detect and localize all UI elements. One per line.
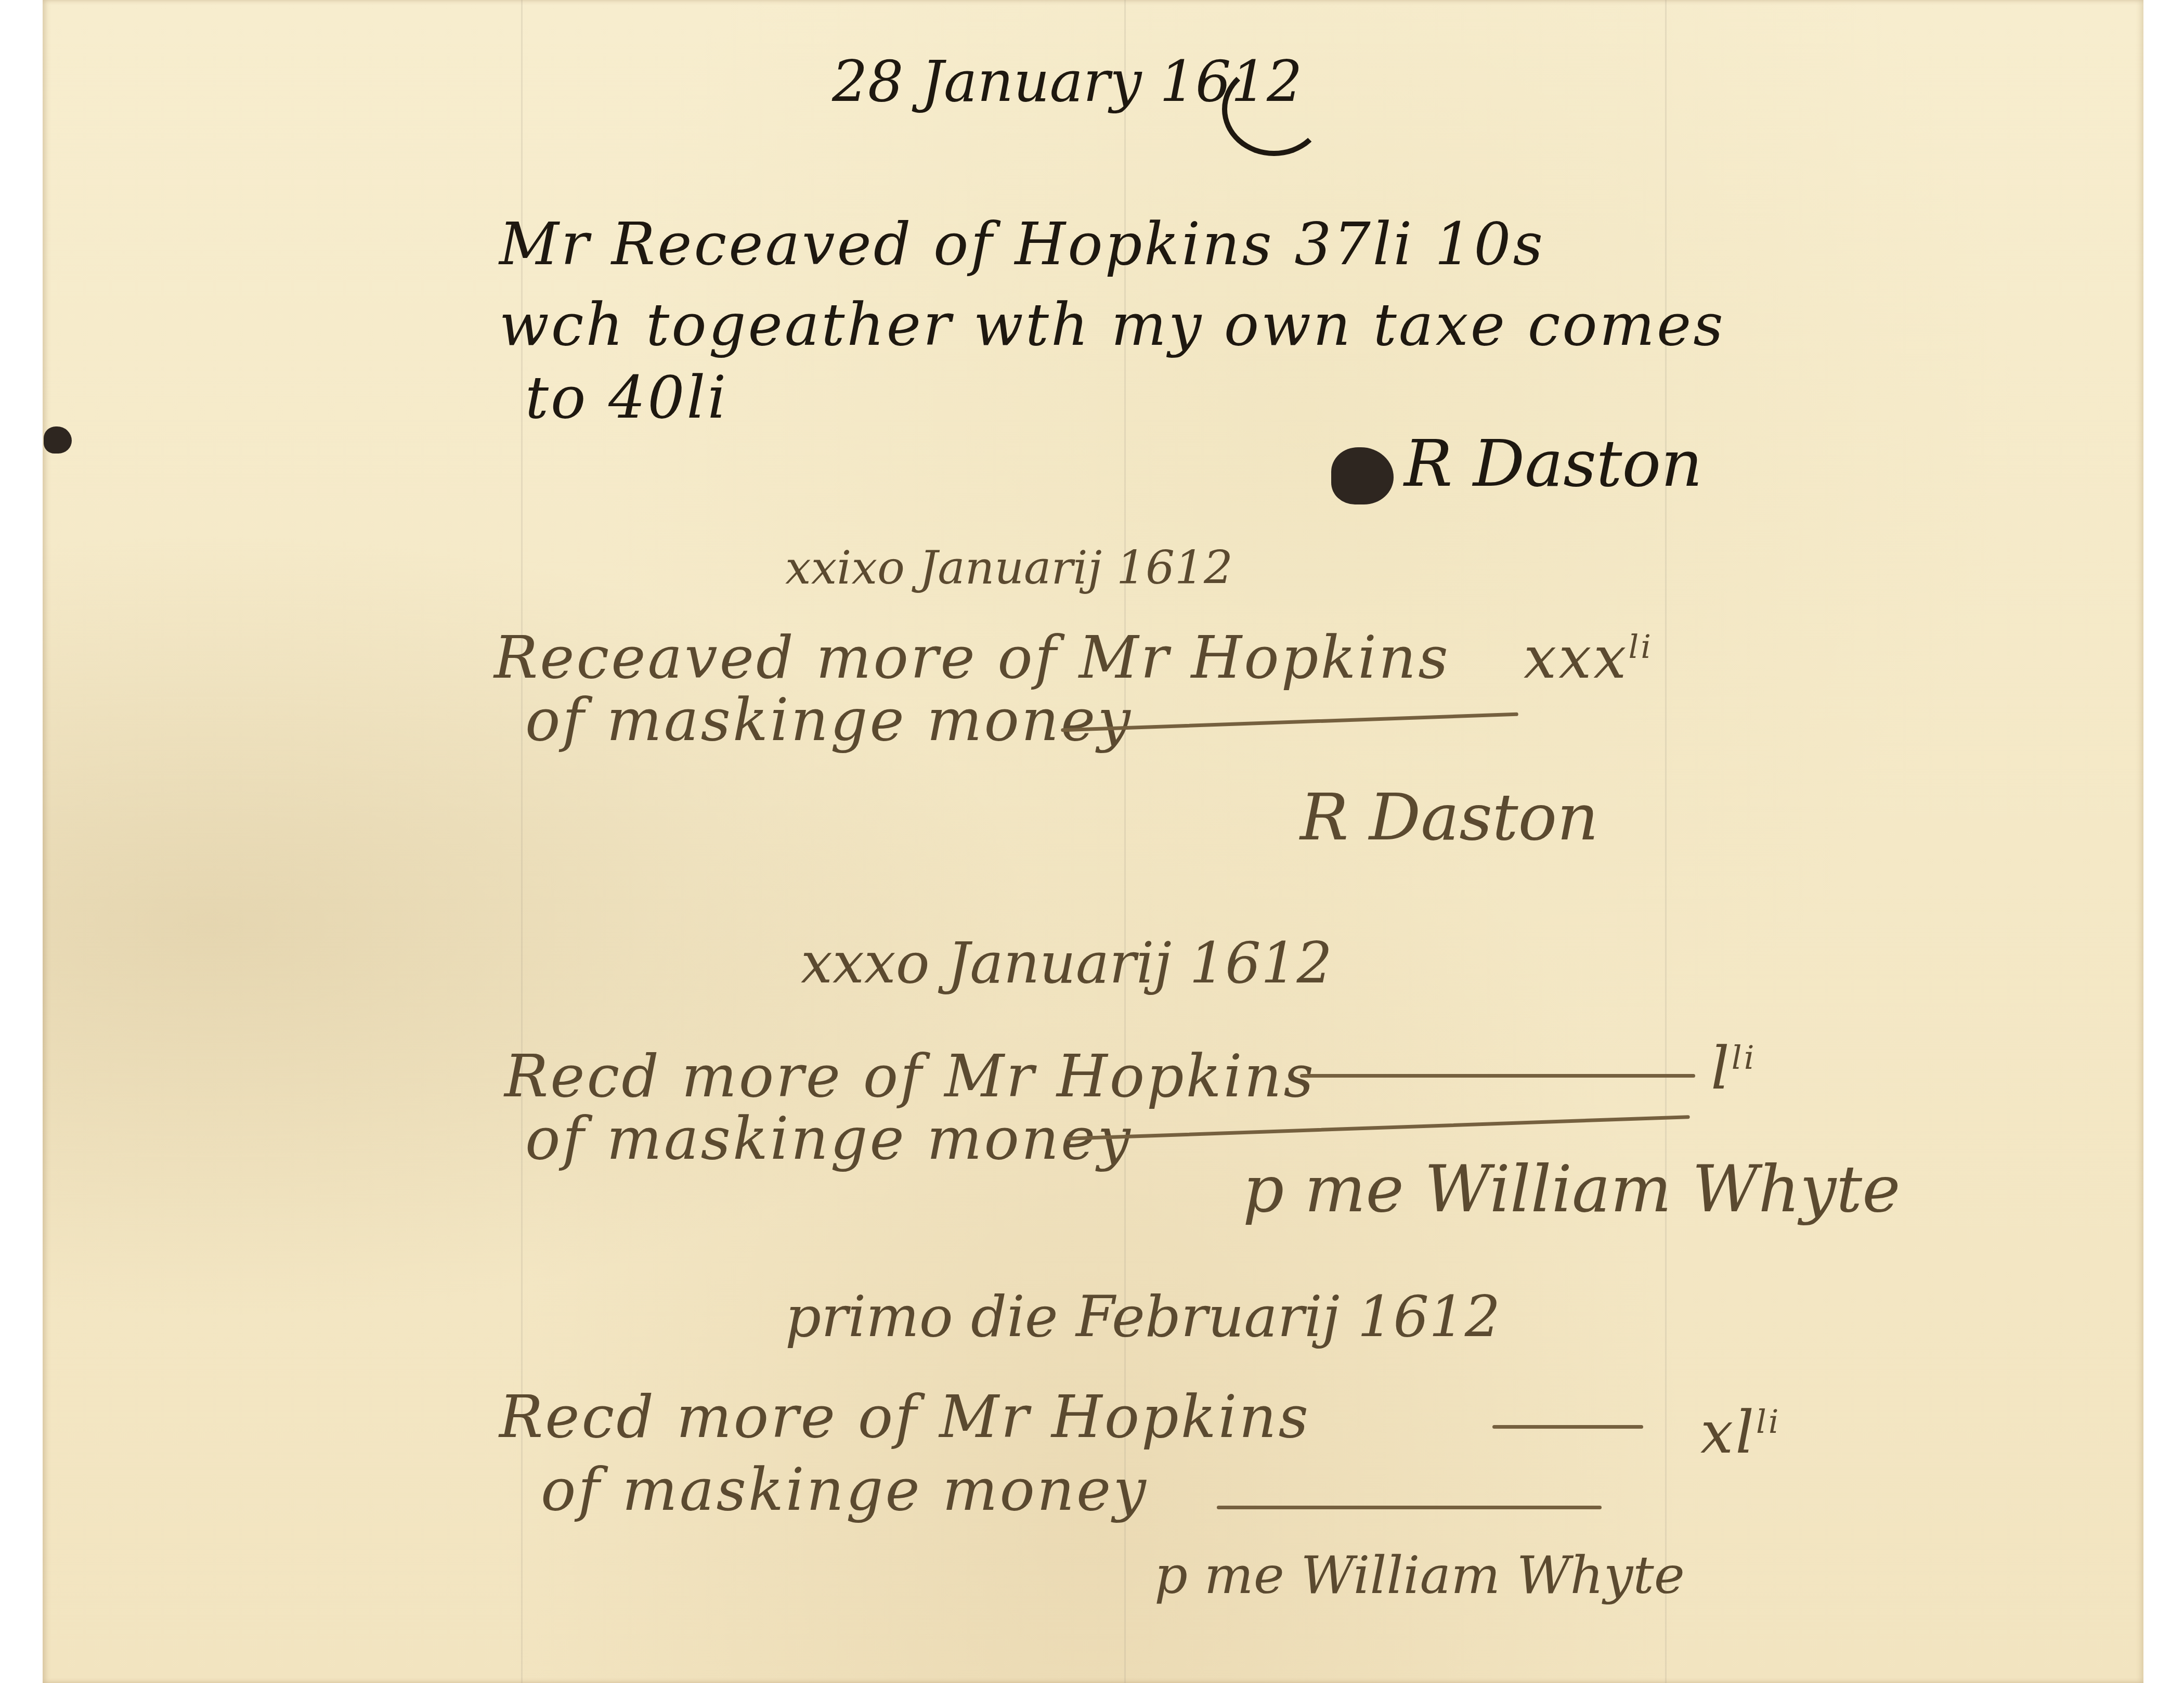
amount-value: l bbox=[1711, 1035, 1732, 1103]
bracket-line bbox=[1492, 1425, 1643, 1429]
amount-unit: li bbox=[1756, 1403, 1781, 1441]
entry-line: Recd more of Mr Hopkins bbox=[504, 1043, 1316, 1110]
signature: R Daston bbox=[1404, 426, 1702, 501]
entry-line: of maskinge money bbox=[525, 687, 1133, 754]
entry-line: of maskinge money bbox=[525, 1105, 1133, 1173]
ink-blot bbox=[1331, 447, 1394, 504]
bracket-line bbox=[1217, 1506, 1602, 1509]
amount-value: xl bbox=[1700, 1399, 1756, 1467]
entry-line: Recd more of Mr Hopkins bbox=[499, 1383, 1310, 1451]
ink-spot bbox=[44, 426, 72, 454]
entry-amount: xlli bbox=[1700, 1399, 1781, 1467]
entry-amount: xxxli bbox=[1524, 624, 1653, 692]
entry-line: Receaved more of Mr Hopkins bbox=[494, 624, 1450, 692]
amount-unit: li bbox=[1629, 628, 1654, 666]
entry-line: Mr Receaved of Hopkins 37li 10s bbox=[499, 211, 1545, 278]
entry-date: xxixo Januarij 1612 bbox=[785, 541, 1233, 594]
entry-amount: lli bbox=[1711, 1035, 1757, 1103]
signature: R Daston bbox=[1300, 780, 1598, 855]
entry-date: primo die Februarij 1612 bbox=[785, 1285, 1500, 1350]
bracket-line bbox=[1300, 1074, 1695, 1078]
entry-line: of maskinge money bbox=[541, 1456, 1148, 1524]
entry-line: wch togeather wth my own taxe comes bbox=[499, 291, 1725, 359]
entry-date: xxxo Januarij 1612 bbox=[801, 931, 1332, 996]
date-flourish bbox=[1222, 62, 1326, 156]
paper-fold-line bbox=[1665, 0, 1667, 1683]
entry-line: to 40li bbox=[525, 364, 728, 432]
amount-unit: li bbox=[1732, 1039, 1757, 1077]
amount-value: xxx bbox=[1524, 624, 1629, 692]
signature: p me William Whyte bbox=[1243, 1152, 1901, 1227]
signature: p me William Whyte bbox=[1154, 1545, 1685, 1606]
